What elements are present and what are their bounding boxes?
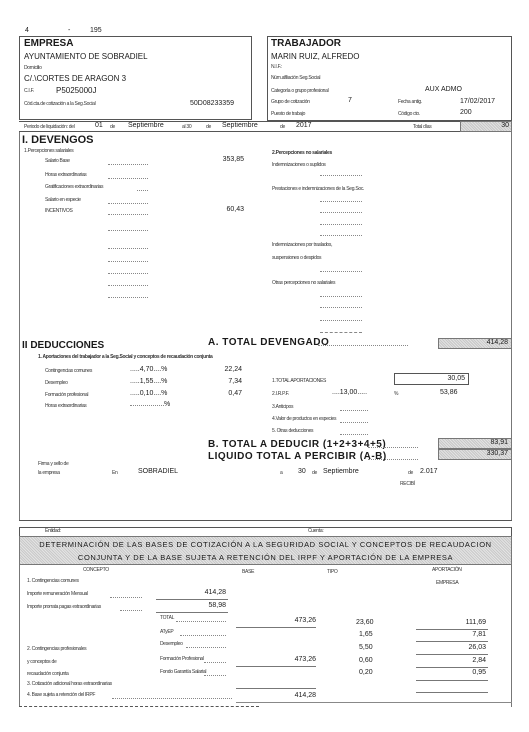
remuneracion-label: Importe remuneración Mensual [27, 591, 88, 597]
especies-label: 4.Valor de productos en especies [272, 416, 336, 422]
irpf-value: 53,86 [440, 389, 458, 396]
page-mark-dash: - [68, 27, 70, 34]
aportacion-label: Formación profesional [45, 392, 88, 398]
salarial-label: Salario en especie [45, 197, 81, 203]
total-base-value: 473,26 [270, 617, 316, 624]
domicilio-value: C/.\CORTES DE ARAGON 3 [24, 74, 126, 83]
salariales-title: 1.Percepciones salariales [24, 148, 73, 154]
total-dias-label: Total días [413, 124, 431, 130]
total-deducir-box: 83,91 [438, 438, 512, 449]
firma-dia: 30 [298, 468, 306, 475]
desempleo-tipo: 5,50 [359, 644, 373, 651]
cc-title: 1. Contingencias comunes [27, 578, 79, 584]
entidad-label: Entidad: [45, 528, 61, 534]
total-aportaciones-value: 30,05 [447, 375, 465, 382]
banco-row [19, 527, 512, 536]
col-concepto: CONCEPTO [83, 567, 109, 573]
desempleo-label: Desempleo [160, 641, 183, 647]
fogasa-aportacion: 0,95 [440, 669, 486, 676]
total-devengado-box: 414,28 [438, 338, 512, 349]
firma-label-2: la empresa [38, 470, 60, 476]
salarial-label: Gratificaciones extraordinarias [45, 184, 103, 190]
aportacion-value: 22,24 [200, 366, 242, 373]
salarial-label: INCENTIVOS [45, 208, 73, 214]
total-deducir-label: B. TOTAL A DEDUCIR (1+2+3+4+5) [208, 439, 386, 450]
liquido-label: LIQUIDO TOTAL A PERCIBIR (A-B) [208, 451, 387, 462]
traslados-label: Indemnizaciones por traslados, [272, 242, 332, 248]
fp-base-value: 473,26 [270, 656, 316, 663]
atyep-aportacion: 7,81 [440, 631, 486, 638]
banner-line-2: CONJUNTA Y DE LA BASE SUJETA A RETENCIÓN… [20, 553, 511, 562]
prorrata-label: Importe prorrata pagas extraordinarias [27, 604, 101, 610]
cp-title: 2. Contingencias profesionales [27, 646, 86, 652]
salarial-value: 60,43 [200, 206, 244, 213]
puesto-label: Puesto de trabajo [271, 111, 305, 117]
otras-deducciones-label: 5. Otras deducciones [272, 428, 313, 434]
domicilio-label: Domicilio [24, 65, 42, 71]
atyep-tipo: 1,65 [359, 631, 373, 638]
aportacion-value: 7,34 [200, 378, 242, 385]
col-aportacion: APORTACIÓN [432, 567, 462, 573]
col-empresa: EMPRESA [436, 580, 458, 586]
aportaciones-title: 1. Aportaciones del trabajador a la Seg.… [38, 354, 212, 360]
firma-en: En [112, 470, 118, 476]
periodo-de: de [110, 124, 115, 130]
firma-anio: 2.017 [420, 468, 438, 475]
trabajador-title: TRABAJADOR [271, 38, 341, 49]
grupo-value: 7 [348, 97, 352, 104]
firma-mes: Septiembre [323, 468, 359, 475]
fp-tipo: 0,60 [359, 657, 373, 664]
total-devengado-value: 414,28 [487, 339, 508, 346]
cc-aportacion: 111,69 [440, 619, 486, 626]
recibi-label: RECIBÍ [400, 481, 415, 487]
cc-tipo: 23,60 [356, 619, 374, 626]
periodo-mes-inicio: Septiembre [128, 122, 164, 129]
page-mark-left: 4 [25, 27, 29, 34]
periodo-de: de [206, 124, 211, 130]
cif-value: P5025000J [56, 86, 96, 95]
frame-left [19, 132, 20, 520]
periodo-mes-fin: Septiembre [222, 122, 258, 129]
aportacion-label: Horas extraordinarias [45, 403, 87, 409]
salarial-value: 353,85 [200, 156, 244, 163]
remuneracion-value: 414,28 [180, 589, 226, 596]
cuenta-label: Cuenta: [308, 528, 323, 534]
frame-bottom [19, 520, 512, 521]
prorrata-value: 58,98 [180, 602, 226, 609]
nif-label: N.I.F.: [271, 64, 282, 70]
aportacion-rate: .....1,55....% [130, 378, 167, 385]
col-tipo: TIPO [327, 569, 337, 575]
irpf-base-label: 4. Base sujeta a retención del IRPF [27, 692, 95, 698]
periodo-row [19, 121, 512, 132]
total-dias-box: 30 [460, 121, 512, 132]
ccc-value: 50D08233359 [190, 100, 234, 107]
aportacion-value: 0,47 [200, 390, 242, 397]
page-mark-right: 195 [90, 27, 102, 34]
col-base: BASE [242, 569, 254, 575]
periodo-label: Periodo de liquidación: del [24, 124, 75, 130]
fp-label: Formación Profesional [160, 656, 204, 662]
fecha-value: 17/02/2017 [460, 98, 495, 105]
categoria-label: Categoría o grupo profesional [271, 88, 328, 94]
cp-line-2: y conceptos de [27, 659, 56, 665]
ccc-label: Cód.cta.de cotización a la Seg.Social [24, 101, 95, 107]
empresa-name: AYUNTAMIENTO DE SOBRADIEL [24, 52, 148, 61]
aportacion-label: Desempleo [45, 380, 68, 386]
grupo-label: Grupo de cotización [271, 99, 310, 105]
otras-percepciones-label: Otras percepciones no salariales [272, 280, 335, 286]
salarial-label: Salario Base [45, 158, 70, 164]
periodo-al: al 30 [182, 124, 191, 130]
deducciones-title: II DEDUCCIONES [22, 340, 104, 351]
suspensiones-label: suspensiones o despidos [272, 255, 321, 261]
categoria-value: AUX ADMO [425, 86, 462, 93]
liquido-box: 330,37 [438, 449, 512, 460]
aportacion-rate: % [130, 401, 170, 408]
total-aportaciones-label: 1.TOTAL APORTACIONES [272, 378, 326, 384]
total-aportaciones-box: 30,05 [394, 373, 469, 385]
trabajador-name: MARIN RUIZ, ALFREDO [271, 52, 359, 61]
fecha-label: Fecha antig. [398, 99, 422, 105]
periodo-de: de [280, 124, 285, 130]
aportacion-rate: .....0,10....% [130, 390, 167, 397]
fp-aportacion: 2,84 [440, 657, 486, 664]
periodo-dia-inicio: 01 [95, 122, 103, 129]
atyep-label: ATyEP [160, 629, 173, 635]
desempleo-aportacion: 26,03 [440, 644, 486, 651]
fogasa-tipo: 0,20 [359, 669, 373, 676]
indemnizaciones-label: Indemnizaciones o suplidos [272, 162, 326, 168]
firma-a: a [280, 470, 282, 476]
irpf-percent: % [394, 391, 398, 397]
empresa-title: EMPRESA [24, 38, 73, 49]
bases-banner: DETERMINACIÓN DE LAS BASES DE COTIZACIÓN… [19, 536, 512, 565]
banner-line-1: DETERMINACIÓN DE LAS BASES DE COTIZACIÓN… [20, 540, 511, 549]
periodo-anio: 2017 [296, 122, 312, 129]
anticipos-label: 3.Anticipos [272, 404, 293, 410]
firma-de2: de [408, 470, 413, 476]
aportacion-label: Contingencias comunes [45, 368, 92, 374]
irpf-rate: ....13,00..... [332, 389, 367, 396]
frame-right [511, 132, 512, 520]
firma-label-1: Firma y sello de [38, 461, 69, 467]
cp-line-3: recaudación conjunta [27, 671, 69, 677]
firma-de: de [312, 470, 317, 476]
total-devengado-label: A. TOTAL DEVENGADO [208, 337, 329, 348]
naf-label: Núm.afiliación Seg.Social [271, 75, 320, 81]
total-dias-value: 30 [501, 122, 509, 129]
salarial-label: Horas extraordinarias [45, 172, 87, 178]
liquido-value: 330,37 [487, 450, 508, 457]
total-label: TOTAL [160, 615, 174, 621]
irpf-label: 2.I.R.P.F. [272, 391, 289, 397]
total-deducir-value: 83,91 [490, 439, 508, 446]
aportacion-rate: .....4,70....% [130, 366, 167, 373]
irpf-base-value: 414,28 [270, 692, 316, 699]
no-salariales-title: 2.Percepciones no salariales [272, 150, 332, 156]
fogasa-label: Fondo Garantía Salarial [160, 669, 206, 675]
codigo-value: 200 [460, 109, 472, 116]
devengos-title: I. DEVENGOS [22, 134, 94, 146]
adicional-label: 3. Cotización adicional horas extraordin… [27, 681, 112, 687]
firma-lugar: SOBRADIEL [138, 468, 178, 475]
codigo-label: Código cto. [398, 111, 420, 117]
cif-label: C.I.F. [24, 88, 34, 94]
prestaciones-label: Prestaciones e indemnizaciones de la Seg… [272, 186, 364, 192]
